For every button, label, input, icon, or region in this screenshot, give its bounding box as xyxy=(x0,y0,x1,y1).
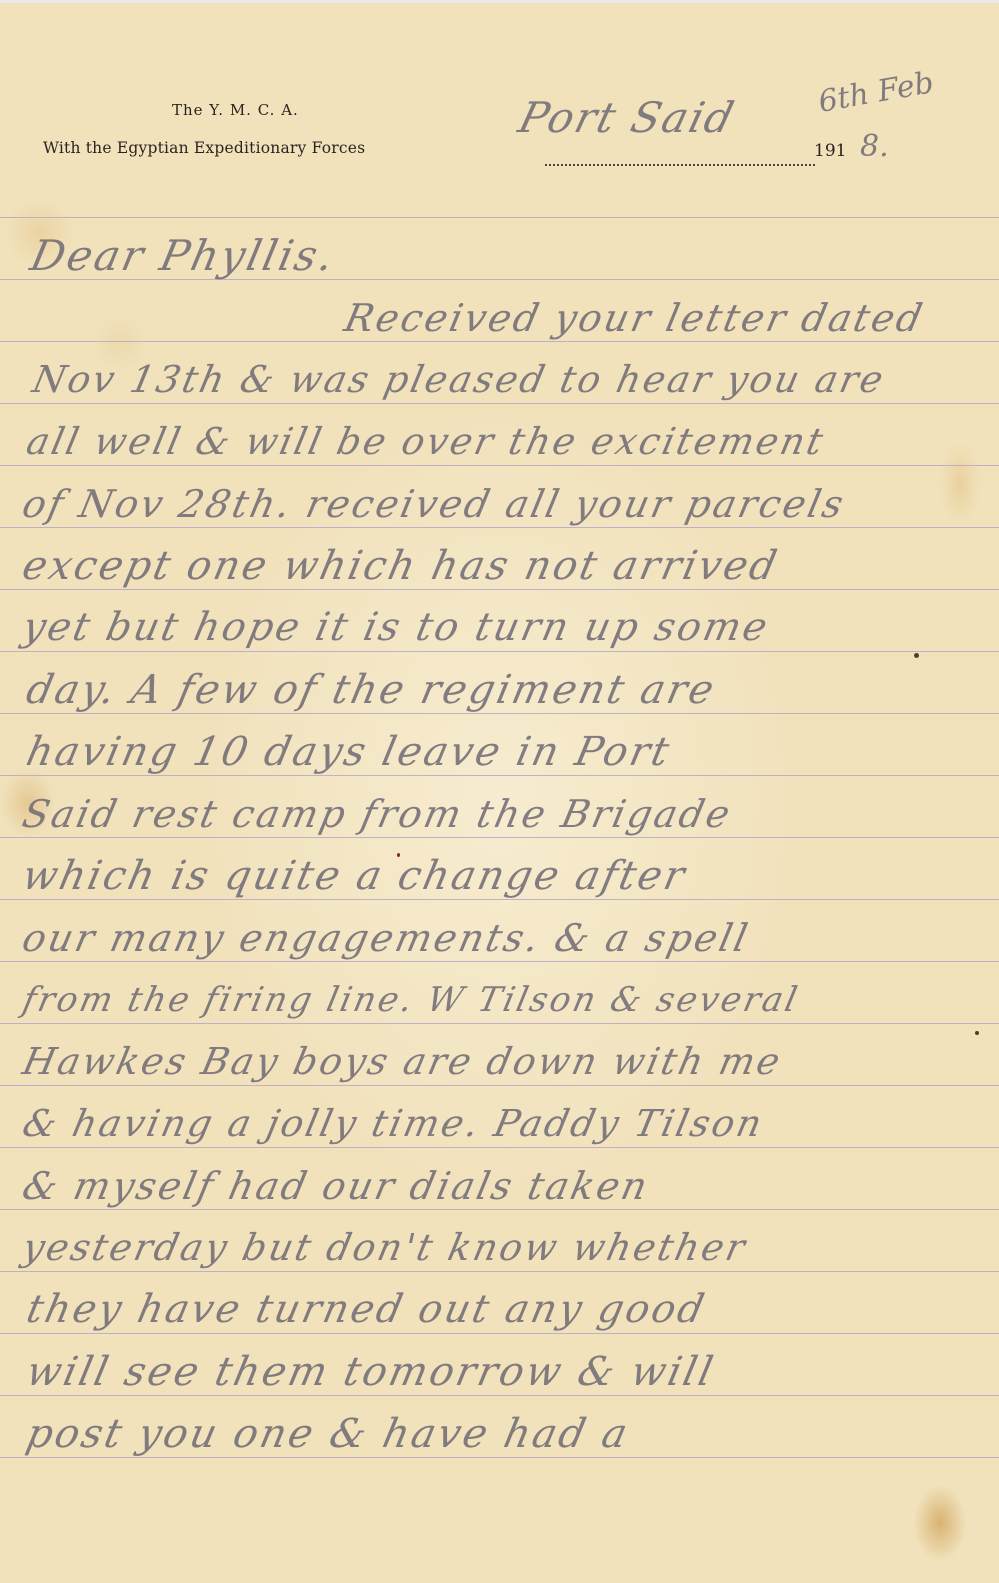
handwritten-line: they have turned out any good xyxy=(22,1285,711,1335)
handwritten-line: from the firing line. W Tilson & several xyxy=(18,975,804,1025)
handwritten-line: yesterday but don't know whether xyxy=(18,1223,752,1273)
ink-speck xyxy=(914,653,919,658)
letter-body: Dear Phyllis. Received your letter dated… xyxy=(0,3,999,1583)
handwritten-line: & myself had our dials taken xyxy=(18,1161,654,1211)
handwritten-line: except one which has not arrived xyxy=(18,541,783,591)
handwritten-line: yet but hope it is to turn up some xyxy=(18,603,774,653)
ink-speck xyxy=(397,853,400,857)
handwritten-line: our many engagements. & a spell xyxy=(18,913,754,963)
handwritten-line: day. A few of the regiment are xyxy=(22,665,721,715)
handwritten-line: Said rest camp from the Brigade xyxy=(18,789,737,839)
handwritten-line: of Nov 28th. received all your parcels xyxy=(18,479,850,529)
letter-page: The Y. M. C. A. With the Egyptian Expedi… xyxy=(0,0,999,1583)
handwritten-line: Hawkes Bay boys are down with me xyxy=(18,1037,787,1087)
salutation: Dear Phyllis. xyxy=(26,231,340,281)
handwritten-line: Received your letter dated xyxy=(340,293,929,343)
handwritten-line: having 10 days leave in Port xyxy=(22,727,676,777)
handwritten-line: Nov 13th & was pleased to hear you are xyxy=(28,355,890,405)
handwritten-line: post you one & have had a xyxy=(22,1409,634,1459)
handwritten-line: will see them tomorrow & will xyxy=(22,1347,720,1397)
handwritten-line: all well & will be over the excitement xyxy=(22,417,830,467)
handwritten-line: & having a jolly time. Paddy Tilson xyxy=(18,1099,769,1149)
handwritten-line: which is quite a change after xyxy=(18,851,691,901)
ink-speck xyxy=(975,1031,979,1035)
